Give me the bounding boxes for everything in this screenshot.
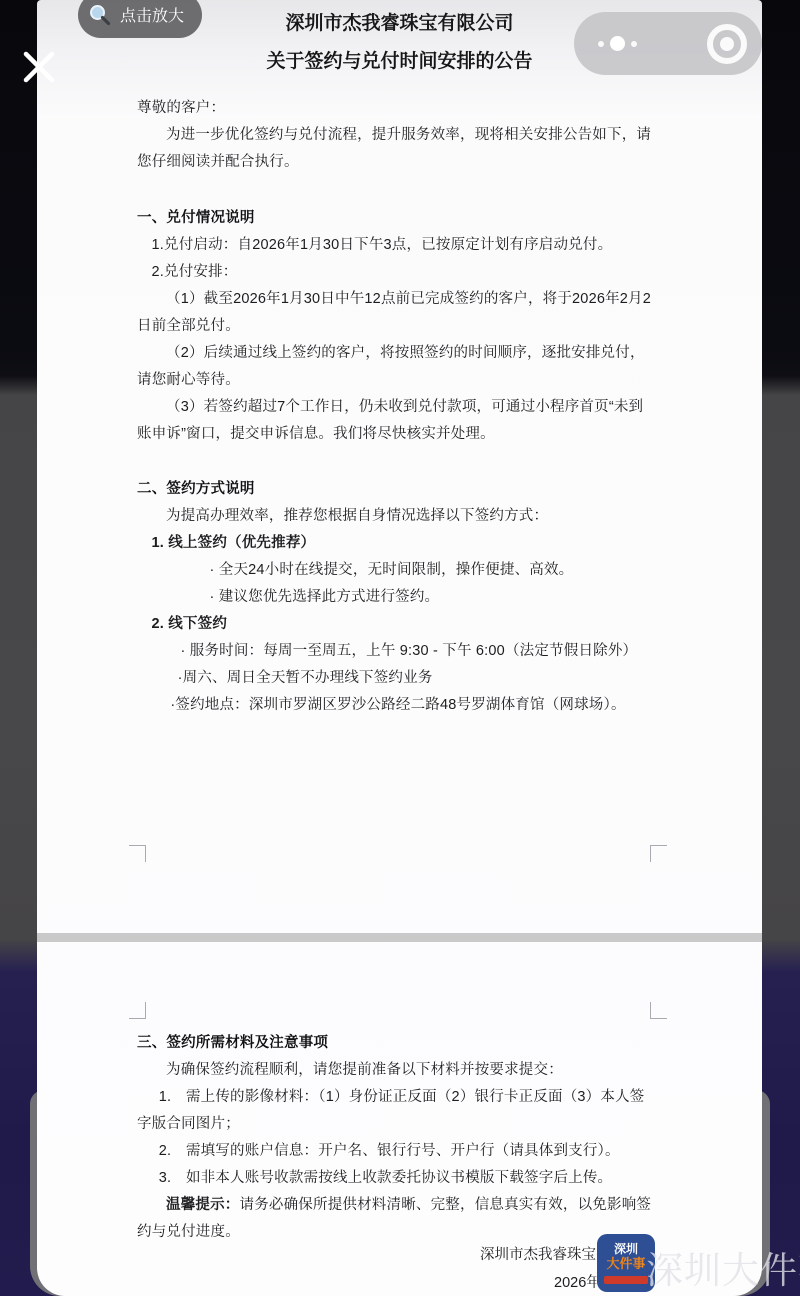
page1-corner-mark-left xyxy=(129,845,146,862)
section-3-heading: 三、签约所需材料及注意事项 xyxy=(137,1030,657,1057)
page2-corner-mark-left xyxy=(129,1002,146,1019)
section-2-intro: 为提高办理效率，推荐您根据自身情况选择以下签约方式： xyxy=(137,503,657,530)
online-bullet-1: · 全天24小时在线提交，无时间限制，操作便捷、高效。 xyxy=(137,557,657,584)
salutation: 尊敬的客户： xyxy=(137,95,657,122)
magnifier-icon xyxy=(88,3,112,27)
section-1: 一、兑付情况说明 1.兑付启动：自2026年1月30日下午3点，已按原定计划有序… xyxy=(37,205,762,448)
ellipsis-dot-icon xyxy=(631,41,637,47)
section-1-p4: （2）后续通过线上签约的客户，将按照签约的时间顺序，逐批安排兑付，请您耐心等待。 xyxy=(137,340,657,394)
online-bullet-2: · 建议您优先选择此方式进行签约。 xyxy=(137,584,657,611)
target-circle-icon xyxy=(720,37,734,51)
zoom-in-label: 点击放大 xyxy=(120,0,184,40)
close-miniprogram-button[interactable] xyxy=(707,24,747,64)
section-1-heading: 一、兑付情况说明 xyxy=(137,205,657,232)
offline-bullet-1: · 服务时间：每周一至周五，上午 9:30 - 下午 6:00（法定节假日除外） xyxy=(137,638,657,665)
materials-item-1: 1. 需上传的影像材料：（1）身份证正反面（2）银行卡正反面（3）本人签字版合同… xyxy=(137,1084,657,1138)
warm-tip-label: 温馨提示： xyxy=(166,1197,240,1213)
section-3: 三、签约所需材料及注意事项 为确保签约流程顺利，请您提前准备以下材料并按要求提交… xyxy=(37,1030,762,1246)
offline-signing-subheading: 2. 线下签约 xyxy=(137,611,657,638)
section-2-heading: 二、签约方式说明 xyxy=(137,476,657,503)
materials-item-3: 3. 如非本人账号收款需按线上收款委托协议书模版下载签字后上传。 xyxy=(137,1165,657,1192)
materials-item-2: 2. 需填写的账户信息：开户名、银行行号、开户行（请具体到支行）。 xyxy=(137,1138,657,1165)
miniprogram-capsule xyxy=(574,12,762,75)
watermark-text: 深圳大件事 xyxy=(646,1240,800,1294)
page1-corner-mark-right xyxy=(650,845,667,862)
section-1-p1: 1.兑付启动：自2026年1月30日下午3点，已按原定计划有序启动兑付。 xyxy=(137,232,657,259)
section-2: 二、签约方式说明 为提高办理效率，推荐您根据自身情况选择以下签约方式： 1. 线… xyxy=(37,476,762,719)
warm-tip: 温馨提示：请务必确保所提供材料清晰、完整，信息真实有效，以免影响签约与兑付进度。 xyxy=(137,1192,657,1246)
page2-corner-mark-right xyxy=(650,1002,667,1019)
badge-line-2: 大件事 xyxy=(606,1256,645,1272)
zoom-in-button[interactable]: 点击放大 xyxy=(78,0,202,38)
intro-block: 尊敬的客户： 为进一步优化签约与兑付流程，提升服务效率，现将相关安排公告如下，请… xyxy=(37,95,762,176)
close-icon xyxy=(18,46,60,88)
page-break-divider xyxy=(37,933,762,942)
badge-line-1: 深圳 xyxy=(614,1242,638,1256)
offline-bullet-3: ·签约地点：深圳市罗湖区罗沙公路经二路48号罗湖体育馆（网球场）。 xyxy=(137,692,657,719)
section-1-p2: 2.兑付安排： xyxy=(137,259,657,286)
ellipsis-dot-icon xyxy=(610,36,625,51)
section-1-p5: （3）若签约超过7个工作日，仍未收到兑付款项，可通过小程序首页“未到账申诉”窗口… xyxy=(137,394,657,448)
intro-paragraph: 为进一步优化签约与兑付流程，提升服务效率，现将相关安排公告如下，请您仔细阅读并配… xyxy=(137,122,657,176)
offline-bullet-2: ·周六、周日全天暂不办理线下签约业务 xyxy=(137,665,657,692)
online-signing-subheading: 1. 线上签约（优先推荐） xyxy=(137,530,657,557)
more-options-button[interactable] xyxy=(598,12,637,75)
section-1-p3: （1）截至2026年1月30日中午12点前已完成签约的客户，将于2026年2月2… xyxy=(137,286,657,340)
close-button[interactable] xyxy=(18,46,60,88)
badge-red-bar xyxy=(604,1276,648,1284)
ellipsis-dot-icon xyxy=(598,41,604,47)
section-3-intro: 为确保签约流程顺利，请您提前准备以下材料并按要求提交： xyxy=(137,1057,657,1084)
announcement-document: 深圳市杰我睿珠宝有限公司 关于签约与兑付时间安排的公告 尊敬的客户： 为进一步优… xyxy=(37,0,762,1296)
